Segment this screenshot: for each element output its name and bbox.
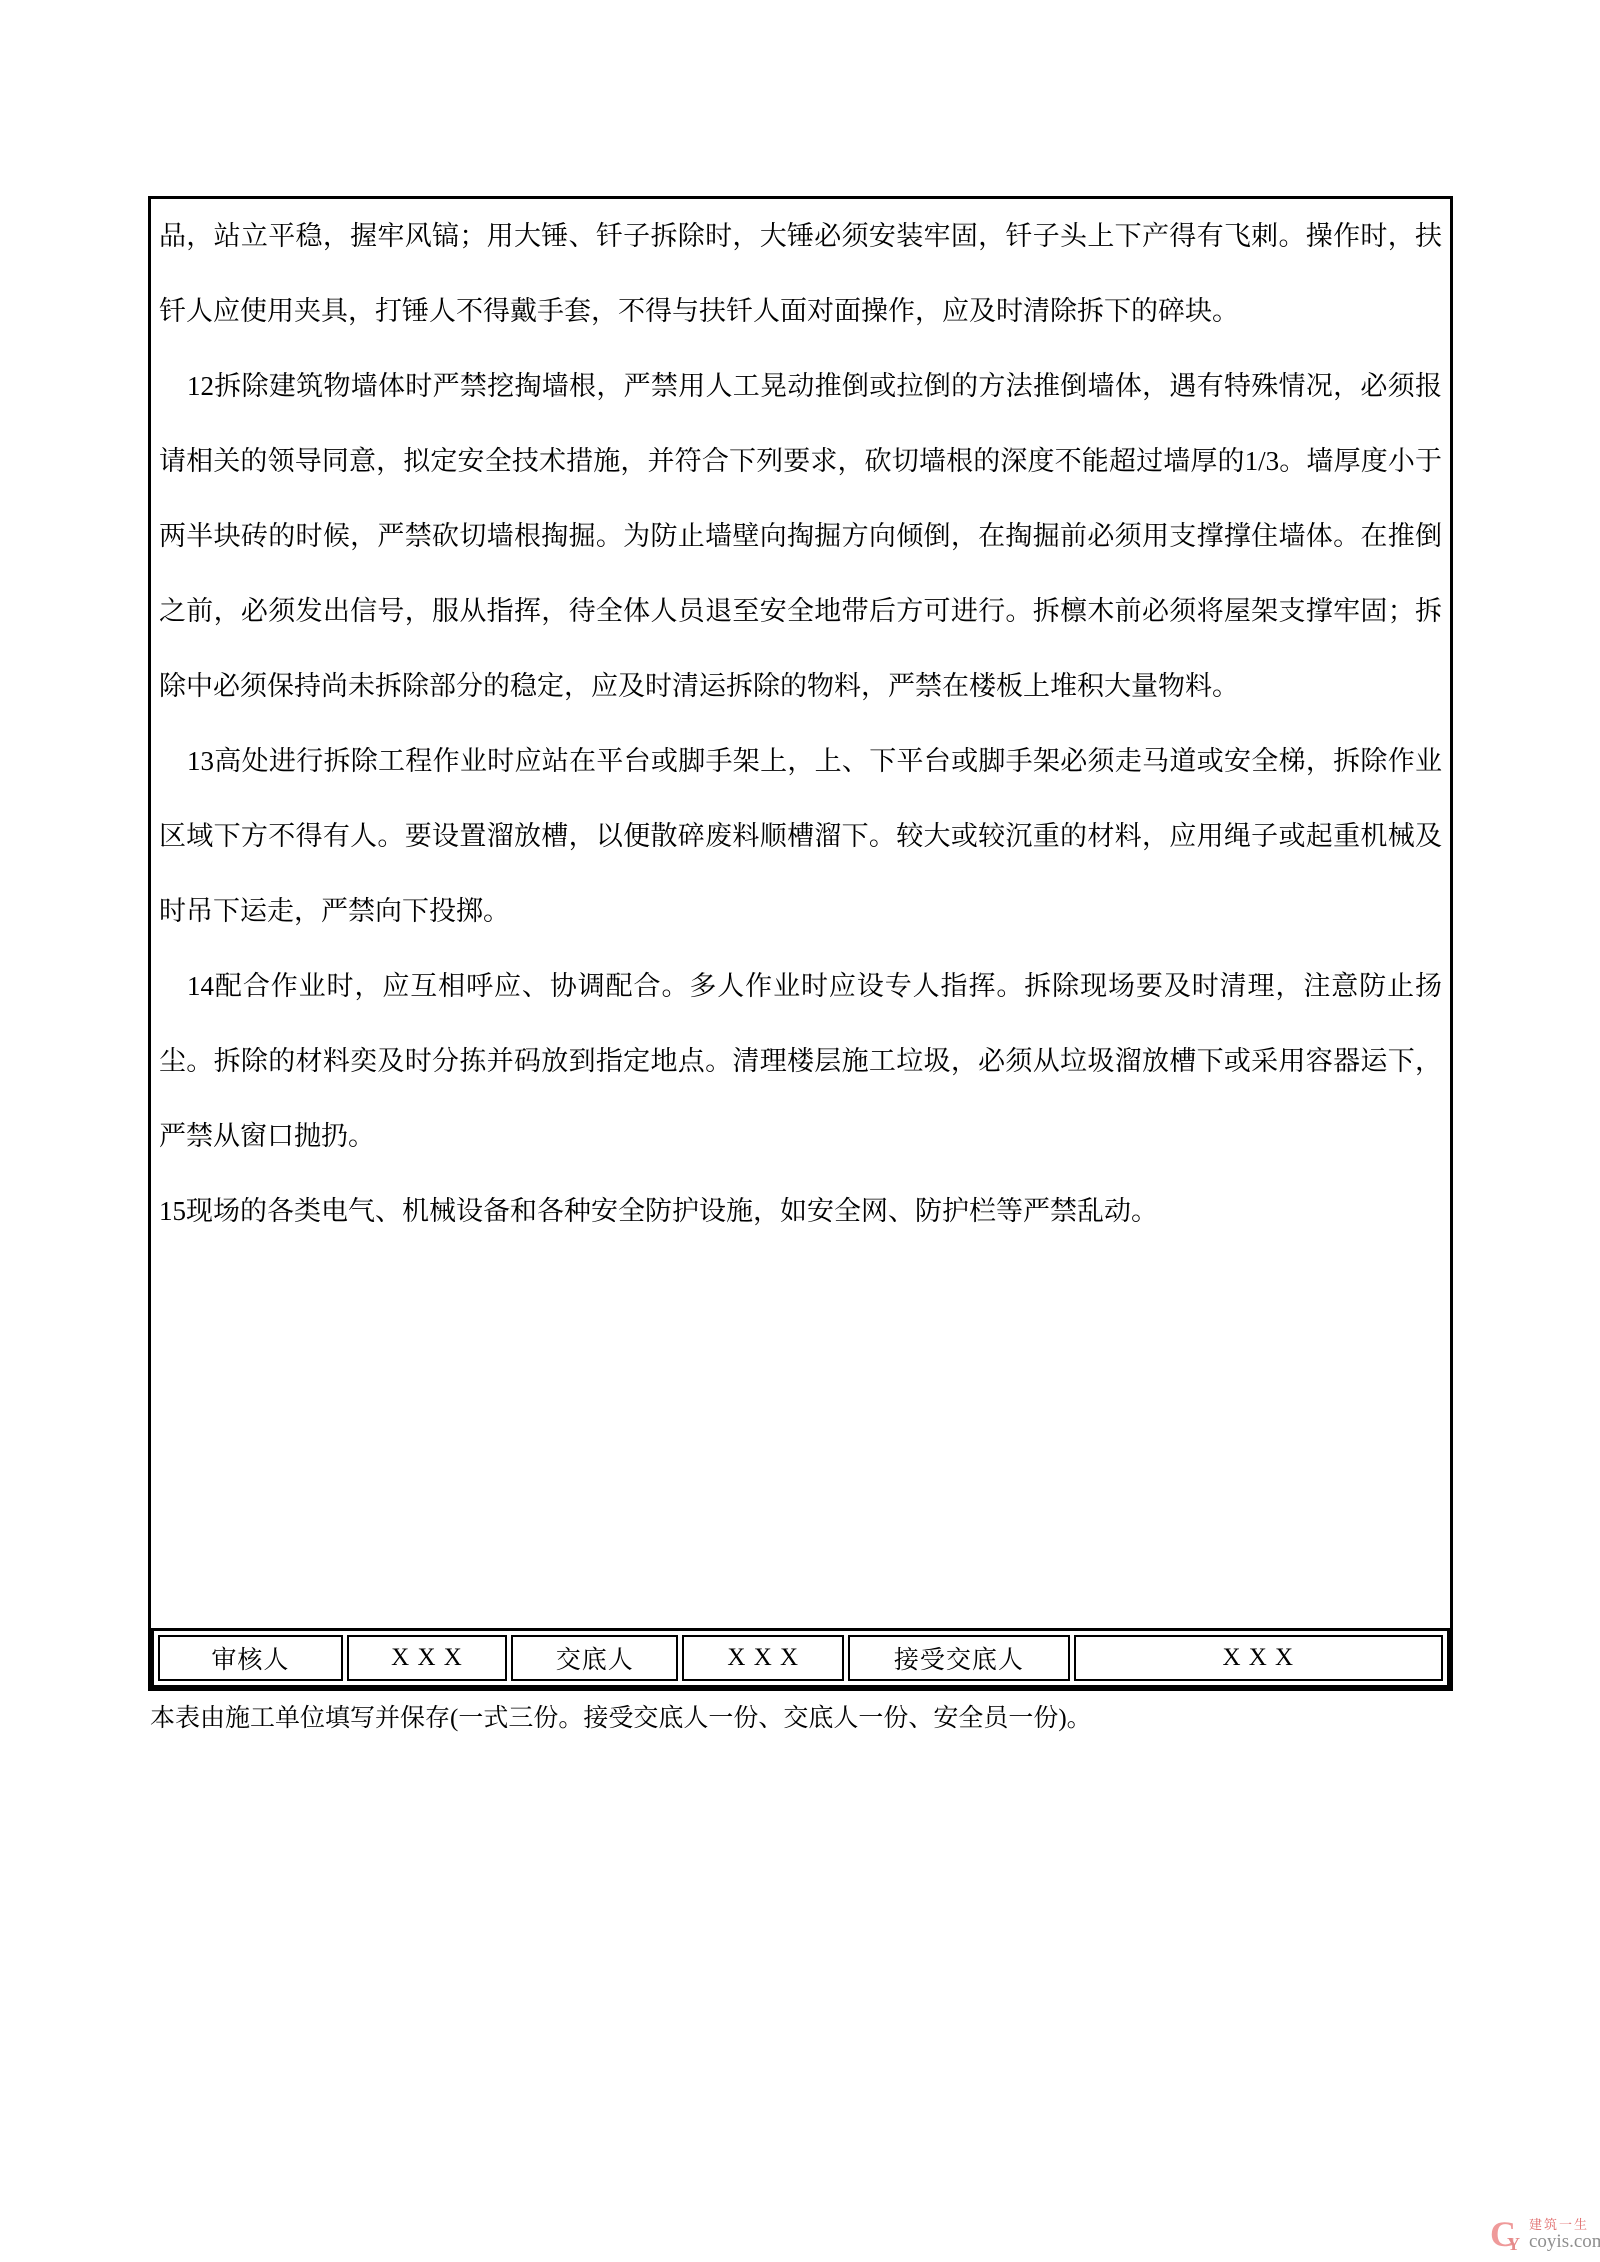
watermark-brand-name: 建筑一生 xyxy=(1529,2218,1600,2232)
paragraph-item-13: 13高处进行拆除工程作业时应站在平台或脚手架上，上、下平台或脚手架必须走马道或安… xyxy=(159,724,1442,949)
signature-row: 审核人 X X X 交底人 X X X 接受交底人 X X X xyxy=(158,1635,1443,1681)
discloser-value-cell: X X X xyxy=(682,1635,844,1681)
site-watermark: C Y 建筑一生 coyis.com xyxy=(1490,2216,1600,2254)
paragraph-item-15: 15现场的各类电气、机械设备和各种安全防护设施，如安全网、防护栏等严禁乱动。 xyxy=(159,1174,1442,1249)
paragraph-item-12: 12拆除建筑物墙体时严禁挖掏墙根，严禁用人工晃动推倒或拉倒的方法推倒墙体，遇有特… xyxy=(159,349,1442,724)
paragraph-continuation: 品，站立平稳，握牢风镐；用大锤、钎子拆除时，大锤必须安装牢固，钎子头上下产得有飞… xyxy=(159,199,1442,349)
retention-footnote: 本表由施工单位填写并保存(一式三份。接受交底人一份、交底人一份、安全员一份)。 xyxy=(150,1698,1092,1734)
watermark-site-url: coyis.com xyxy=(1529,2232,1600,2252)
document-body-text: 品，站立平稳，握牢风镐；用大锤、钎子拆除时，大锤必须安装牢固，钎子头上下产得有飞… xyxy=(151,199,1450,1628)
receiver-value-cell: X X X xyxy=(1074,1635,1443,1681)
signature-table: 审核人 X X X 交底人 X X X 接受交底人 X X X xyxy=(151,1628,1450,1688)
discloser-label-cell: 交底人 xyxy=(511,1635,678,1681)
document-border-box: 品，站立平稳，握牢风镐；用大锤、钎子拆除时，大锤必须安装牢固，钎子头上下产得有飞… xyxy=(148,196,1453,1691)
watermark-text-block: 建筑一生 coyis.com xyxy=(1529,2218,1600,2254)
coyis-logo-icon: C Y xyxy=(1490,2216,1524,2254)
paragraph-item-14: 14配合作业时，应互相呼应、协调配合。多人作业时应设专人指挥。拆除现场要及时清理… xyxy=(159,949,1442,1174)
reviewer-value-cell: X X X xyxy=(347,1635,508,1681)
reviewer-label-cell: 审核人 xyxy=(158,1635,343,1681)
receiver-label-cell: 接受交底人 xyxy=(848,1635,1069,1681)
logo-letter-y: Y xyxy=(1507,2235,1520,2253)
